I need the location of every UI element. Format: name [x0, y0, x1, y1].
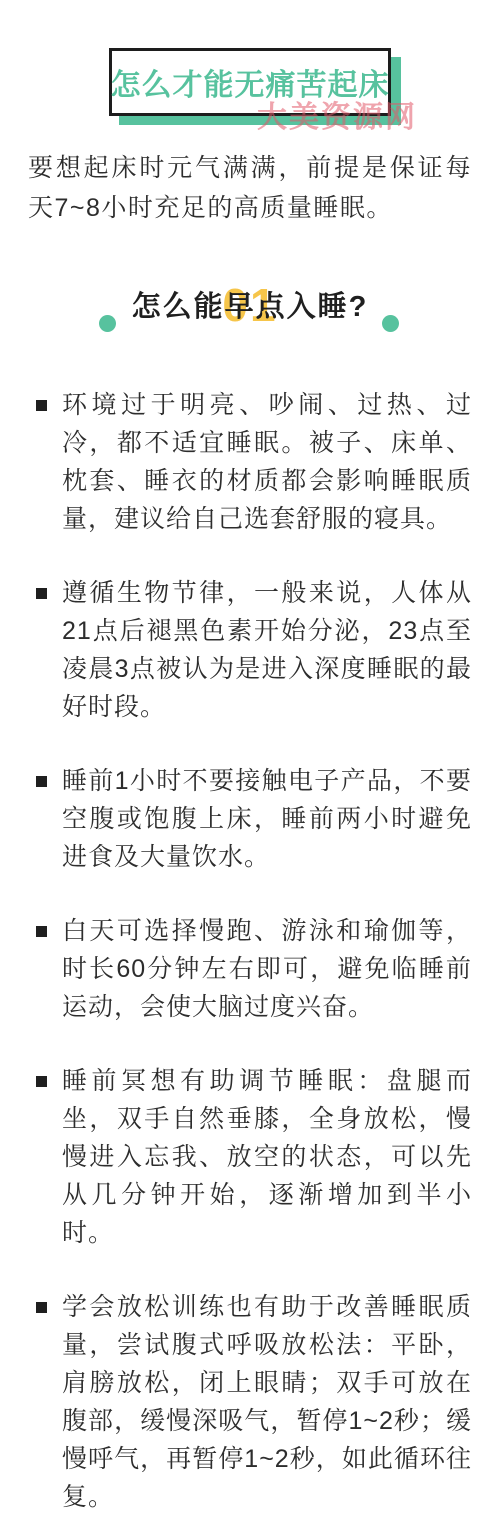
article-page: 怎么才能无痛苦起床 大美资源网 要想起床时元气满满，前提是保证每天7~8小时充足…: [0, 0, 500, 1514]
title-box: 怎么才能无痛苦起床: [109, 48, 391, 116]
page-title: 怎么才能无痛苦起床: [111, 60, 390, 104]
list-item: 睡前冥想有助调节睡眠：盘腿而坐，双手自然垂膝，全身放松，慢慢进入忘我、放空的状态…: [36, 1062, 472, 1252]
square-bullet-icon: [36, 1302, 47, 1313]
tip-text: 白天可选择慢跑、游泳和瑜伽等，时长60分钟左右即可，避免临睡前运动，会使大脑过度…: [62, 912, 472, 1026]
tip-text: 睡前冥想有助调节睡眠：盘腿而坐，双手自然垂膝，全身放松，慢慢进入忘我、放空的状态…: [62, 1062, 472, 1252]
list-item: 白天可选择慢跑、游泳和瑜伽等，时长60分钟左右即可，避免临睡前运动，会使大脑过度…: [36, 912, 472, 1026]
section-title: 怎么能早点入睡?: [0, 284, 500, 325]
list-item: 环境过于明亮、吵闹、过热、过冷，都不适宜睡眠。被子、床单、枕套、睡衣的材质都会影…: [36, 386, 472, 538]
tip-text: 环境过于明亮、吵闹、过热、过冷，都不适宜睡眠。被子、床单、枕套、睡衣的材质都会影…: [62, 386, 472, 538]
tips-list: 环境过于明亮、吵闹、过热、过冷，都不适宜睡眠。被子、床单、枕套、睡衣的材质都会影…: [0, 386, 500, 1514]
tip-text: 睡前1小时不要接触电子产品，不要空腹或饱腹上床，睡前两小时避免进食及大量饮水。: [62, 762, 472, 876]
tip-text: 学会放松训练也有助于改善睡眠质量，尝试腹式呼吸放松法：平卧，肩膀放松，闭上眼睛；…: [62, 1288, 472, 1514]
list-item: 遵循生物节律，一般来说，人体从21点后褪黑色素开始分泌，23点至凌晨3点被认为是…: [36, 574, 472, 726]
list-item: 学会放松训练也有助于改善睡眠质量，尝试腹式呼吸放松法：平卧，肩膀放松，闭上眼睛；…: [36, 1288, 472, 1514]
tip-text: 遵循生物节律，一般来说，人体从21点后褪黑色素开始分泌，23点至凌晨3点被认为是…: [62, 574, 472, 726]
list-item: 睡前1小时不要接触电子产品，不要空腹或饱腹上床，睡前两小时避免进食及大量饮水。: [36, 762, 472, 876]
square-bullet-icon: [36, 400, 47, 411]
square-bullet-icon: [36, 588, 47, 599]
section-header: 01 怎么能早点入睡?: [0, 284, 500, 346]
square-bullet-icon: [36, 776, 47, 787]
intro-text: 要想起床时元气满满，前提是保证每天7~8小时充足的高质量睡眠。: [28, 148, 472, 228]
title-banner: 怎么才能无痛苦起床 大美资源网: [0, 0, 500, 116]
square-bullet-icon: [36, 926, 47, 937]
square-bullet-icon: [36, 1076, 47, 1087]
